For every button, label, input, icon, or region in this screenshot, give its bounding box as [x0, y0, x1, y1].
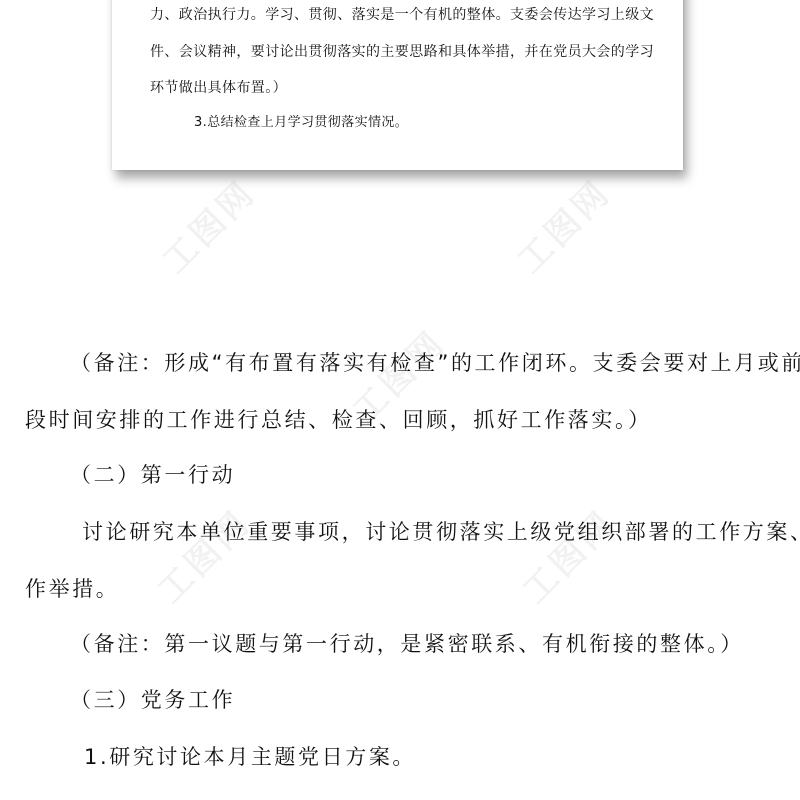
note-first-topic: （备注：第一议题与第一行动，是紧密联系、有机衔接的整体。）: [70, 630, 744, 658]
watermark-logo: 工图网: [144, 497, 259, 612]
section-heading-first-action: （二）第一行动: [70, 461, 235, 489]
card-text-line: 力、政治执行力。学习、贯彻、落实是一个有机的整体。支委会传达学习上级文: [150, 6, 654, 24]
section-body-line-1: 讨论研究本单位重要事项，讨论贯彻落实上级党组织部署的工作方案、工: [82, 518, 800, 546]
watermark-logo: 工图网: [149, 167, 264, 282]
section-heading-party-affairs: （三）党务工作: [70, 686, 235, 714]
watermark-logo: 工图网: [504, 167, 619, 282]
card-text-line: 环节做出具体布置。）: [150, 79, 287, 97]
note-paragraph-line-1: （备注：形成“有布置有落实有检查”的工作闭环。支委会要对上月或前一: [70, 349, 800, 377]
note-paragraph-line-2: 段时间安排的工作进行总结、检查、回顾，抓好工作落实。）: [25, 406, 652, 434]
list-item-1: 1.研究讨论本月主题党日方案。: [84, 743, 416, 771]
section-body-line-2: 作举措。: [25, 575, 119, 603]
watermark-logo: 工图网: [509, 497, 624, 612]
embedded-document-card: 力、政治执行力。学习、贯彻、落实是一个有机的整体。支委会传达学习上级文 件、会议…: [112, 0, 683, 170]
card-list-item-3: 3.总结检查上月学习贯彻落实情况。: [194, 114, 408, 132]
card-text-line: 件、会议精神，要讨论出贯彻落实的主要思路和具体举措，并在党员大会的学习: [150, 43, 654, 61]
